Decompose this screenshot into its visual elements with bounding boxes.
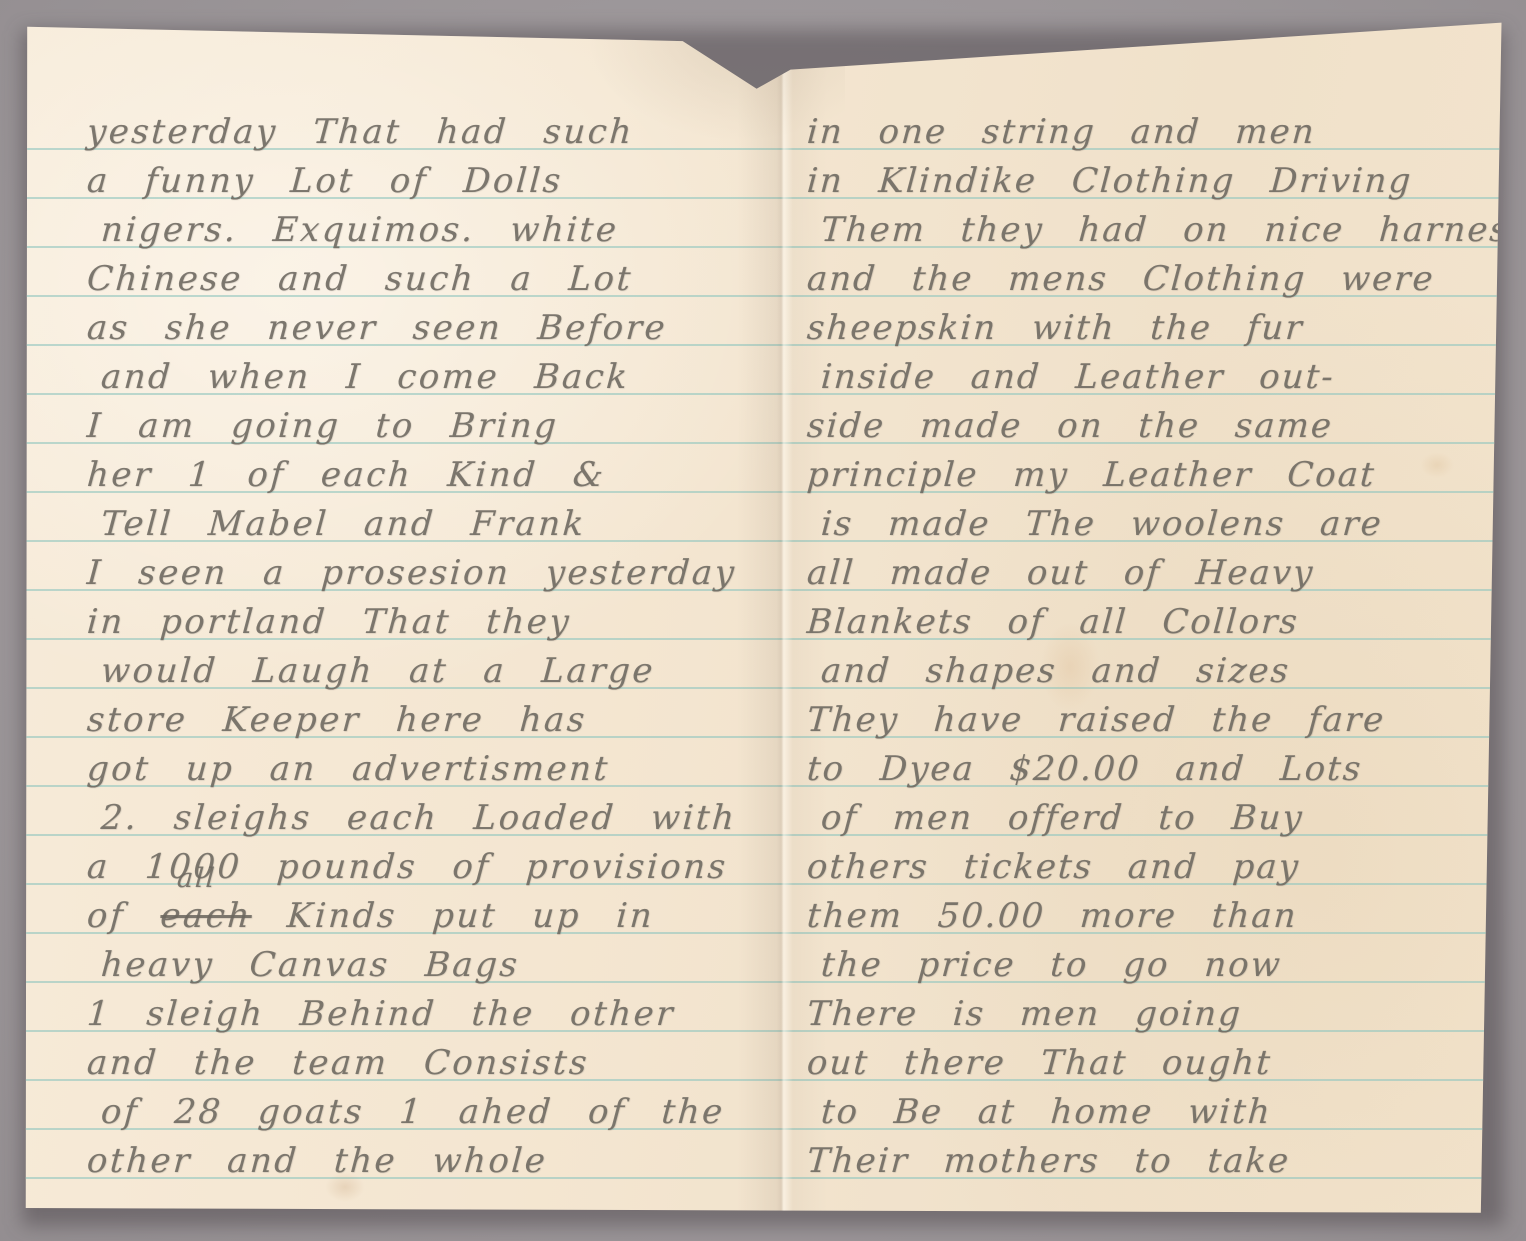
struck-through-word: each xyxy=(159,896,253,936)
edit-post-text: Kinds put up in xyxy=(250,896,655,936)
handwritten-line: I am going to Bring xyxy=(85,402,560,451)
handwritten-line: her 1 of each Kind & xyxy=(85,451,607,500)
handwritten-line: is made The woolens are xyxy=(819,500,1384,549)
handwritten-line: 1 sleigh Behind the other xyxy=(85,990,676,1039)
handwritten-line: of men offerd to Buy xyxy=(819,794,1305,843)
handwritten-line: Chinese and such a Lot xyxy=(85,255,634,304)
edit-pre-text: of xyxy=(86,896,162,936)
handwritten-line: inside and Leather out- xyxy=(819,353,1336,402)
handwritten-line: and the mens Clothing were xyxy=(805,255,1436,304)
handwritten-line: to Dyea $20.00 and Lots xyxy=(805,745,1364,794)
handwritten-line: side made on the same xyxy=(805,402,1334,451)
handwritten-line: They have raised the fare xyxy=(805,696,1387,745)
handwritten-line: I seen a prosesion yesterday xyxy=(85,549,738,598)
handwritten-line: yesterday That had such xyxy=(85,108,635,157)
handwritten-line: store Keeper here has xyxy=(85,696,588,745)
handwritten-line: to Be at home with xyxy=(819,1088,1273,1137)
handwritten-line: There is men going xyxy=(805,990,1243,1039)
letter-sheet: yesterday That had sucha funny Lot of Do… xyxy=(25,22,1503,1214)
handwritten-line: of 28 goats 1 ahed of the xyxy=(99,1088,726,1137)
handwritten-line: all made out of Heavy xyxy=(805,549,1316,598)
handwritten-line: in portland That they xyxy=(85,598,572,647)
handwritten-line: others tickets and pay xyxy=(805,843,1301,892)
handwritten-line: other and the whole xyxy=(85,1137,549,1186)
handwritten-line: Blankets of all Collors xyxy=(805,598,1300,647)
handwritten-line: and when I come Back xyxy=(99,353,631,402)
handwritten-line: of eachall Kinds put up in xyxy=(85,892,656,941)
correction-group: eachall xyxy=(159,892,254,941)
inserted-word-above: all xyxy=(176,865,217,892)
handwritten-line: nigers. Exquimos. white xyxy=(99,206,620,255)
handwritten-line: and the team Consists xyxy=(85,1039,591,1088)
handwritten-line: them 50.00 more than xyxy=(805,892,1299,941)
handwritten-line: and shapes and sizes xyxy=(819,647,1291,696)
handwritten-line: sheepskin with the fur xyxy=(805,304,1305,353)
handwritten-line: heavy Canvas Bags xyxy=(99,941,521,990)
handwritten-line: Them they had on nice harness xyxy=(819,206,1526,255)
handwritten-line: principle my Leather Coat xyxy=(805,451,1377,500)
handwritten-line: got up an advertisment xyxy=(85,745,611,794)
page-left: yesterday That had sucha funny Lot of Do… xyxy=(63,22,753,1214)
handwritten-line: the price to go now xyxy=(819,941,1283,990)
handwritten-line: Their mothers to take xyxy=(805,1137,1292,1186)
page-right: in one string and menin Klindike Clothin… xyxy=(797,22,1497,1214)
handwritten-line: in one string and men xyxy=(805,108,1317,157)
handwritten-line: in Klindike Clothing Driving xyxy=(805,157,1414,206)
handwritten-line: 2. sleighs each Loaded with xyxy=(99,794,738,843)
handwritten-line: a funny Lot of Dolls xyxy=(85,157,564,206)
handwritten-line: Tell Mabel and Frank xyxy=(99,500,587,549)
handwritten-line: would Laugh at a Large xyxy=(99,647,656,696)
photograph-background: { "document": { "kind": "handwritten-let… xyxy=(0,0,1526,1241)
handwritten-line: out there That ought xyxy=(805,1039,1273,1088)
handwritten-line: as she never seen Before xyxy=(85,304,669,353)
